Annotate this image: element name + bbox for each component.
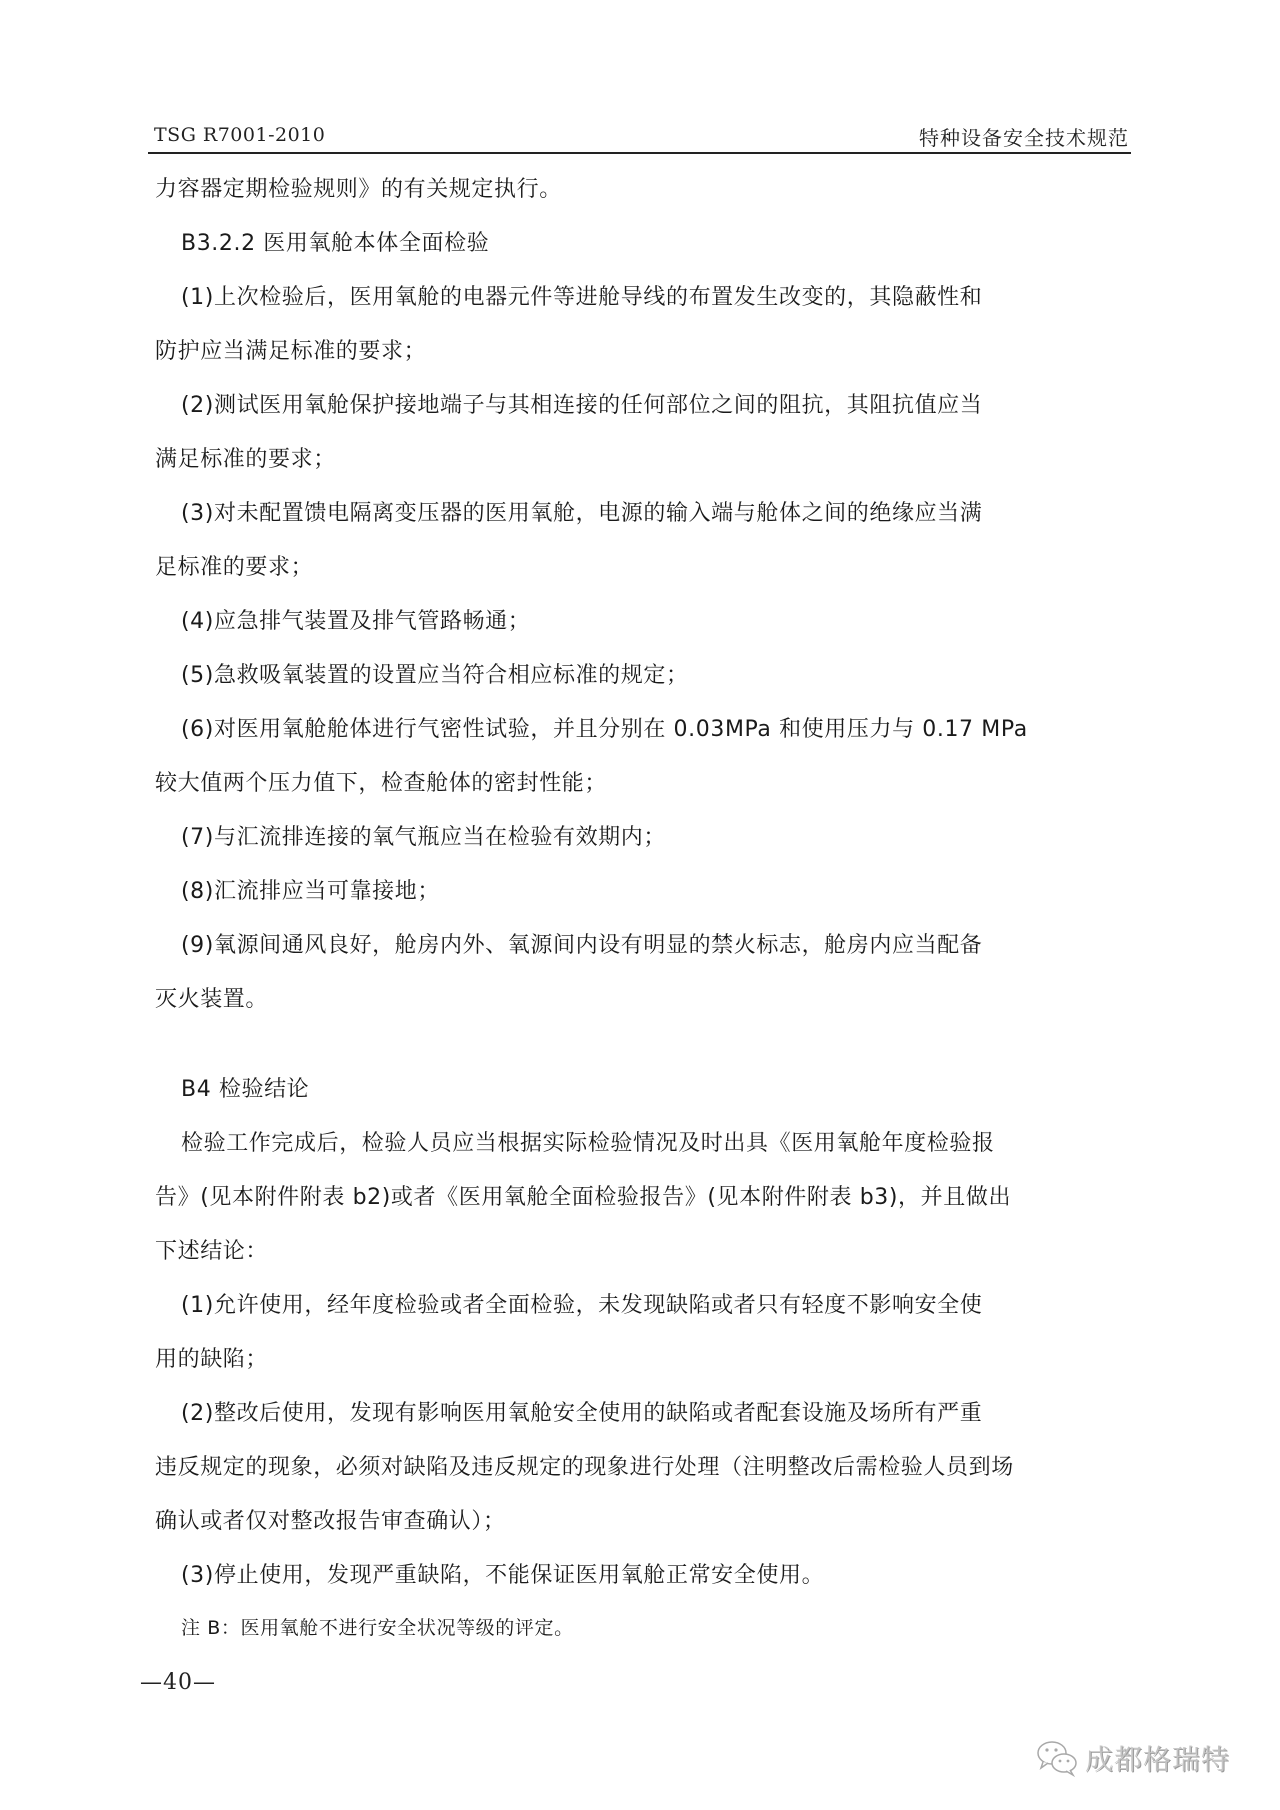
b4-intro-line-2: 告》(见本附件附表 b2)或者《医用氧舱全面检验报告》(见本附件附表 b3)，并… <box>155 1183 1011 1213</box>
b4-item-3: (3)停止使用，发现严重缺陷，不能保证医用氧舱正常安全使用。 <box>181 1561 824 1591</box>
b322-item-2-line-2: 满足标准的要求； <box>155 445 336 475</box>
b4-item-2-line-1: (2)整改后使用，发现有影响医用氧舱安全使用的缺陷或者配套设施及场所有严重 <box>181 1399 982 1429</box>
b4-item-1-line-2: 用的缺陷； <box>155 1345 268 1375</box>
b4-note: 注 B：医用氧舱不进行安全状况等级的评定。 <box>181 1613 574 1643</box>
b322-item-9-line-1: (9)氧源间通风良好，舱房内外、氧源间内设有明显的禁火标志，舱房内应当配备 <box>181 931 982 961</box>
b322-item-9-line-2: 灭火装置。 <box>155 985 268 1015</box>
wechat-icon <box>1035 1738 1079 1778</box>
b4-item-2-line-2: 违反规定的现象，必须对缺陷及违反规定的现象进行处理（注明整改后需检验人员到场 <box>155 1453 1014 1483</box>
b322-item-5: (5)急救吸氧装置的设置应当符合相应标准的规定； <box>181 661 689 691</box>
b4-intro-line-3: 下述结论： <box>155 1237 268 1267</box>
b322-item-6-line-2: 较大值两个压力值下，检查舱体的密封性能； <box>155 769 607 799</box>
document-page: TSG R7001-2010 特种设备安全技术规范 力容器定期检验规则》的有关规… <box>0 0 1280 1810</box>
b4-item-1-line-1: (1)允许使用，经年度检验或者全面检验，未发现缺陷或者只有轻度不影响安全使 <box>181 1291 982 1321</box>
b4-intro-line-1: 检验工作完成后，检验人员应当根据实际检验情况及时出具《医用氧舱年度检验报 <box>181 1129 995 1159</box>
b322-item-2-line-1: (2)测试医用氧舱保护接地端子与其相连接的任何部位之间的阻抗，其阻抗值应当 <box>181 391 982 421</box>
doc-code: TSG R7001-2010 <box>154 124 325 146</box>
continuation-text: 力容器定期检验规则》的有关规定执行。 <box>155 175 562 205</box>
b322-item-7: (7)与汇流排连接的氧气瓶应当在检验有效期内； <box>181 823 666 853</box>
b322-item-4: (4)应急排气装置及排气管路畅通； <box>181 607 530 637</box>
section-b4-title: B4 检验结论 <box>181 1075 309 1105</box>
series-title: 特种设备安全技术规范 <box>919 122 1129 151</box>
watermark-text: 成都格瑞特 <box>1085 1738 1230 1778</box>
page-header: TSG R7001-2010 特种设备安全技术规范 <box>148 122 1131 154</box>
b4-item-2-line-3: 确认或者仅对整改报告审查确认）； <box>155 1507 506 1537</box>
b322-item-6-line-1: (6)对医用氧舱舱体进行气密性试验，并且分别在 0.03MPa 和使用压力与 0… <box>181 715 1028 745</box>
b322-item-3-line-1: (3)对未配置馈电隔离变压器的医用氧舱，电源的输入端与舱体之间的绝缘应当满 <box>181 499 982 529</box>
b322-item-3-line-2: 足标准的要求； <box>155 553 313 583</box>
b322-item-8: (8)汇流排应当可靠接地； <box>181 877 440 907</box>
page-number: —40— <box>140 1670 216 1695</box>
b322-item-1-line-1: (1)上次检验后，医用氧舱的电器元件等进舱导线的布置发生改变的，其隐蔽性和 <box>181 283 982 313</box>
watermark: 成都格瑞特 <box>1035 1738 1230 1778</box>
b322-item-1-line-2: 防护应当满足标准的要求； <box>155 337 426 367</box>
section-b322-title: B3.2.2 医用氧舱本体全面检验 <box>181 229 489 259</box>
